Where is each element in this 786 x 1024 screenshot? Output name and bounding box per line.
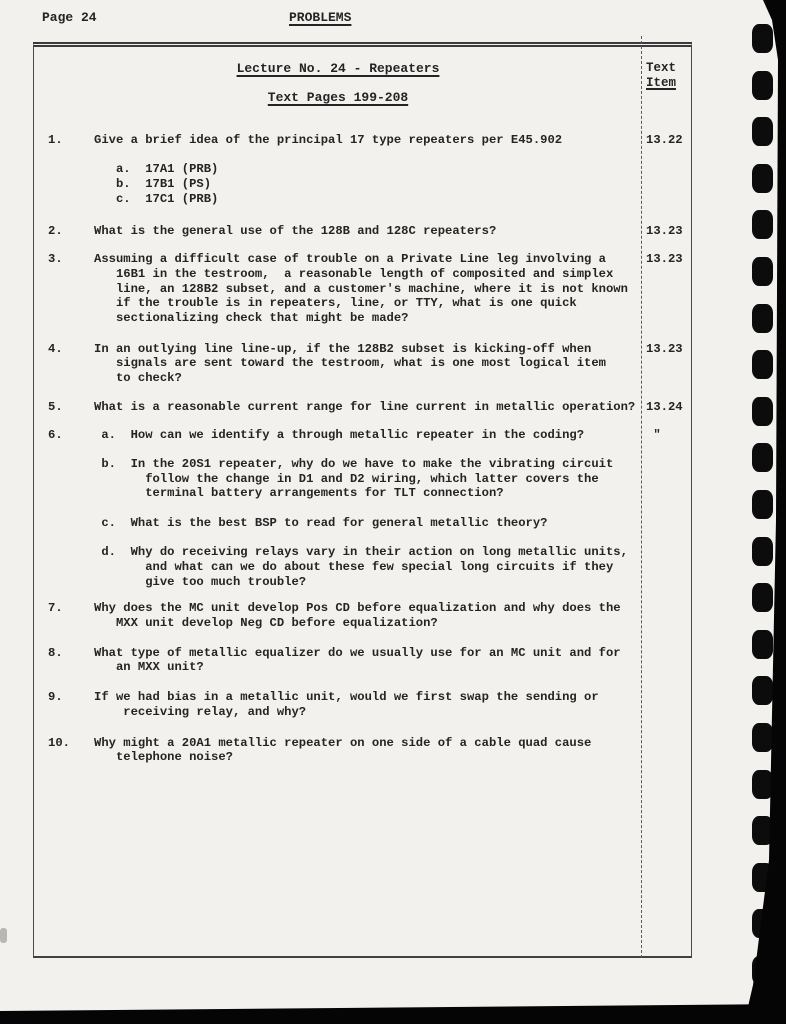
binding-hole-mark [752,443,773,472]
question-text: If we had bias in a metallic unit, would… [94,690,642,719]
binding-hole-mark [752,537,773,566]
binding-hole-mark [752,164,773,193]
text-pages-label: Text Pages 199-208 [268,90,408,105]
document-title: PROBLEMS [289,10,351,25]
column-divider-line [641,36,642,958]
question-number: 5. [48,400,94,415]
question-number: 1. [48,133,94,148]
text-item-value: 13.22 [642,133,691,148]
binding-hole-mark [752,630,773,659]
binding-hole-mark [752,304,773,333]
binding-hole-mark [752,71,773,100]
text-item-header-word-text: Text [646,61,690,76]
table-title-block: Lecture No. 24 - Repeaters Text Pages 19… [34,61,642,106]
binding-hole-mark [752,210,773,239]
question-row: 3.Assuming a difficult case of trouble o… [48,252,691,326]
question-text: Give a brief idea of the principal 17 ty… [94,133,642,207]
question-text: Why does the MC unit develop Pos CD befo… [94,601,642,630]
text-item-value: 13.24 [642,400,691,415]
questions-list: 1.Give a brief idea of the principal 17 … [48,133,691,765]
question-number: 9. [48,690,94,705]
page-number-label: Page 24 [42,10,97,25]
question-text: a. How can we identify a through metalli… [94,428,642,590]
question-row: 6. a. How can we identify a through meta… [48,428,691,590]
question-row: 2.What is the general use of the 128B an… [48,224,691,239]
binding-hole-mark [752,490,773,519]
text-item-value: 13.23 [642,252,691,267]
lecture-title: Lecture No. 24 - Repeaters [34,61,642,76]
question-text: What is the general use of the 128B and … [94,224,642,239]
scan-speck [0,928,7,943]
question-text: What is a reasonable current range for l… [94,400,642,415]
text-item-value: " [642,428,691,443]
binding-hole-mark [752,117,773,146]
binding-hole-mark [752,676,773,705]
question-text: Assuming a difficult case of trouble on … [94,252,642,326]
question-row: 4.In an outlying line line-up, if the 12… [48,342,691,386]
scanned-document-page: Page 24 PROBLEMS Lecture No. 24 - Repeat… [0,0,786,1024]
question-number: 6. [48,428,94,443]
binding-hole-mark [752,770,773,799]
text-item-header-word-item: Item [646,76,690,91]
question-row: 10.Why might a 20A1 metallic repeater on… [48,736,691,765]
question-text: Why might a 20A1 metallic repeater on on… [94,736,642,765]
question-row: 9.If we had bias in a metallic unit, wou… [48,690,691,719]
binding-hole-mark [752,397,773,426]
binding-hole-mark [752,583,773,612]
question-text: In an outlying line line-up, if the 128B… [94,342,642,386]
question-number: 8. [48,646,94,661]
question-number: 10. [48,736,94,751]
binding-hole-mark [752,24,773,53]
question-row: 8.What type of metallic equalizer do we … [48,646,691,675]
question-row: 5.What is a reasonable current range for… [48,400,691,415]
question-row: 7.Why does the MC unit develop Pos CD be… [48,601,691,630]
text-item-column-header: Text Item [646,61,690,91]
binding-hole-mark [752,350,773,379]
problems-table: Lecture No. 24 - Repeaters Text Pages 19… [33,42,692,958]
question-row: 1.Give a brief idea of the principal 17 … [48,133,691,207]
scan-bottom-bar [0,1003,786,1024]
binding-hole-mark [752,723,773,752]
question-number: 3. [48,252,94,267]
question-text: What type of metallic equalizer do we us… [94,646,642,675]
question-number: 4. [48,342,94,357]
binding-hole-mark [752,257,773,286]
question-number: 2. [48,224,94,239]
text-item-value: 13.23 [642,342,691,357]
text-item-value: 13.23 [642,224,691,239]
question-number: 7. [48,601,94,616]
